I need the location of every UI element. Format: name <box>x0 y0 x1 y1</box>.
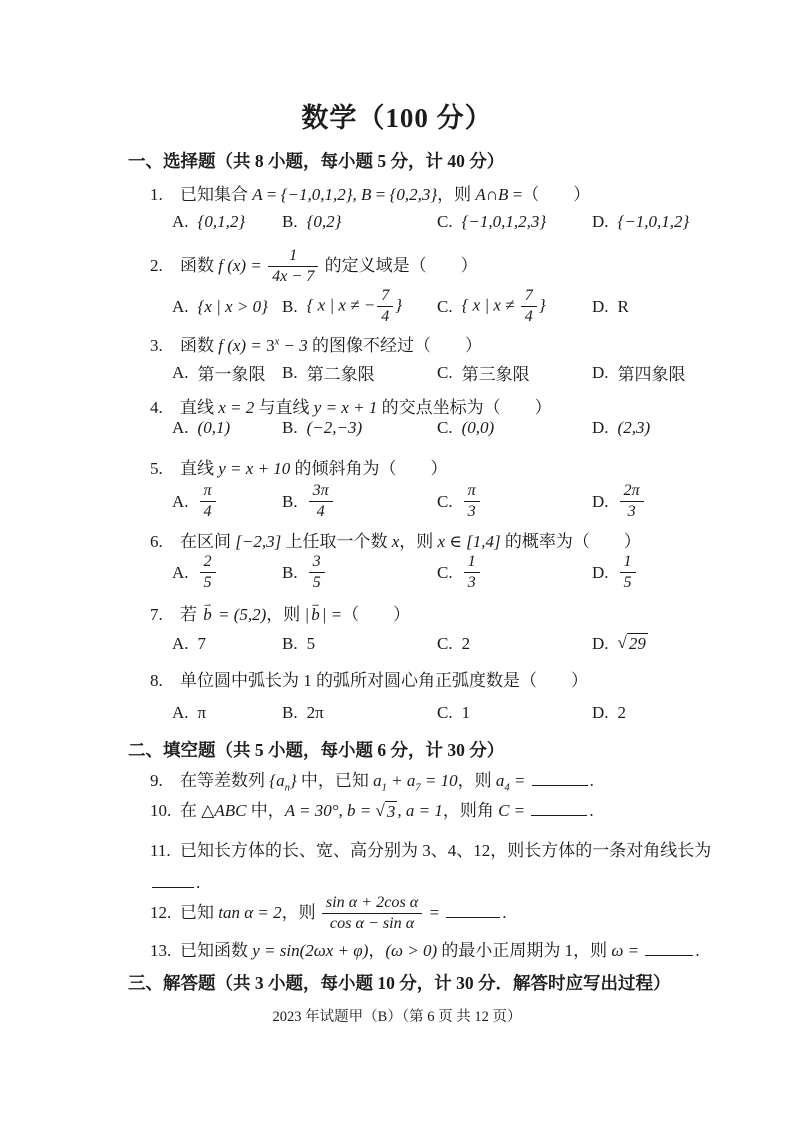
fraction-numerator: 1 <box>268 246 318 267</box>
option-label: C. <box>437 563 453 583</box>
option-C: C.π3 <box>437 481 592 522</box>
option-label: B. <box>282 634 298 654</box>
option-B: B.{0,2} <box>282 212 437 232</box>
option-B: B.(−2,−3) <box>282 418 437 438</box>
option-B: B.35 <box>282 552 437 593</box>
option-content: {−1,0,1,2} <box>618 212 690 232</box>
text-run: 第三象限 <box>462 365 530 384</box>
option-content: { x | x ≠ 74} <box>462 286 546 327</box>
option-C: C.{ x | x ≠ 74} <box>437 286 592 327</box>
options-row: A.第一象限B.第二象限C.第三象限D.第四象限 <box>172 360 754 385</box>
radicand: 3 <box>385 801 398 822</box>
option-D: D.{−1,0,1,2} <box>592 212 754 232</box>
text-run: 上任取一个数 <box>281 532 392 551</box>
text-run: . <box>590 771 594 790</box>
option-label: C. <box>437 363 453 383</box>
option-content: 2π3 <box>618 481 646 522</box>
question-10: 10.在 △ABC 中，A = 30°, b = √3, a = 1，则角 C … <box>150 796 594 822</box>
option-D: D.2π3 <box>592 481 754 522</box>
text-run: 已知 <box>180 903 218 922</box>
math-run: (0,0) <box>462 418 495 437</box>
option-content: 第一象限 <box>198 360 266 385</box>
vector-b: ⇀b <box>201 605 214 625</box>
option-D: D.2 <box>592 703 754 723</box>
text-run: ，则 <box>399 532 437 551</box>
option-content: (−2,−3) <box>307 418 363 438</box>
option-D: D.√29 <box>592 633 754 654</box>
option-label: B. <box>282 703 298 723</box>
question-9: 9.在等差数列 {an} 中，已知 a1 + a7 = 10，则 a4 = . <box>150 766 594 793</box>
question-2: 2.函数 f (x) = 14x − 7 的定义域是（ ） <box>150 246 478 287</box>
option-D: D.R <box>592 297 754 317</box>
text-run: . <box>502 903 506 922</box>
option-content: {0,1,2} <box>198 212 246 232</box>
question-stem: 函数 f (x) = 14x − 7 的定义域是（ ） <box>180 256 478 275</box>
math-run: = <box>510 771 530 790</box>
fraction-numerator: 1 <box>620 552 636 573</box>
exam-title: 数学（100 分） <box>0 96 794 135</box>
question-stem: . <box>150 873 200 892</box>
text-run: ， <box>368 941 385 960</box>
section-heading: 三、解答题（共 3 小题，每小题 10 分，计 30 分．解答时应写出过程） <box>128 970 671 995</box>
option-content: π3 <box>462 481 482 522</box>
fraction-denominator: 5 <box>620 573 636 593</box>
math-run: A <box>252 185 262 204</box>
fraction-denominator: 4 <box>377 307 393 327</box>
fraction: 14x − 7 <box>268 246 318 287</box>
fraction-denominator: 4 <box>309 502 333 522</box>
option-label: B. <box>282 363 298 383</box>
sub-base: a <box>373 771 382 790</box>
option-label: B. <box>282 563 298 583</box>
fraction: π3 <box>464 481 480 522</box>
fraction: 25 <box>200 552 216 593</box>
question-number: 12. <box>150 903 180 923</box>
math-run: {0,2} <box>307 212 342 231</box>
question-continuation: . <box>150 870 200 893</box>
math-run: {x | x > 0} <box>198 297 268 316</box>
question-number: 9. <box>150 771 180 791</box>
text-run: 第二象限 <box>307 365 375 384</box>
math-run: f (x) = <box>218 256 266 275</box>
math-run: y = x + 1 <box>314 398 378 417</box>
text-run: . <box>695 941 699 960</box>
fraction: 13 <box>464 552 480 593</box>
question-3: 3.函数 f (x) = 3x − 3 的图像不经过（ ） <box>150 331 482 356</box>
fraction-numerator: sin α + 2cos α <box>322 893 422 914</box>
vector-b: ⇀b <box>309 605 322 625</box>
question-number: 13. <box>150 941 180 961</box>
text-run: R <box>618 297 629 316</box>
option-label: C. <box>437 212 453 232</box>
option-content: R <box>618 297 629 317</box>
text-run: 中，已知 <box>297 771 374 790</box>
math-run: = 10 <box>421 771 458 790</box>
question-stem: 直线 x = 2 与直线 y = x + 1 的交点坐标为（ ） <box>180 398 552 417</box>
math-run: } <box>395 296 402 315</box>
fraction: 15 <box>620 552 636 593</box>
option-label: D. <box>592 703 609 723</box>
math-run: + <box>387 771 407 790</box>
fraction: sin α + 2cos αcos α − sin α <box>322 893 422 934</box>
option-label: B. <box>282 418 298 438</box>
text-run: 的定义域是（ ） <box>320 256 477 275</box>
text-run: 与直线 <box>254 398 314 417</box>
math-run: x = 2 <box>218 398 254 417</box>
radical: √3 <box>376 801 398 822</box>
option-D: D.(2,3) <box>592 418 754 438</box>
text-run: 直线 <box>180 398 218 417</box>
question-4: 4.直线 x = 2 与直线 y = x + 1 的交点坐标为（ ） <box>150 393 552 418</box>
vector-arrow-icon: ⇀ <box>312 600 319 611</box>
options-row: A.(0,1)B.(−2,−3)C.(0,0)D.(2,3) <box>172 418 754 438</box>
option-content: π <box>198 703 207 723</box>
power: 3x <box>266 336 279 355</box>
option-label: A. <box>172 492 189 512</box>
math-run: y = sin(2ωx + φ) <box>252 941 368 960</box>
math-run: {−1,0,1,2,3} <box>462 212 547 231</box>
question-stem: 在等差数列 {an} 中，已知 a1 + a7 = 10，则 a4 = . <box>180 771 594 790</box>
math-run: (0,1) <box>198 418 231 437</box>
math-run: { x | x ≠ − <box>307 296 376 315</box>
question-stem: 已知集合 A = {−1,0,1,2}, B = {0,2,3}，则 A∩B =… <box>180 185 590 204</box>
question-stem: 已知函数 y = sin(2ωx + φ)，(ω > 0) 的最小正周期为 1，… <box>180 941 700 960</box>
question-number: 11. <box>150 841 180 861</box>
option-content: 13 <box>462 552 482 593</box>
option-D: D.15 <box>592 552 754 593</box>
option-label: C. <box>437 418 453 438</box>
blank-underline <box>532 768 588 786</box>
text-run: 第一象限 <box>198 365 266 384</box>
option-content: 2π <box>307 703 324 723</box>
option-A: A.π <box>172 703 282 723</box>
option-A: A.(0,1) <box>172 418 282 438</box>
radical-sign: √ <box>618 633 627 654</box>
question-stem: 函数 f (x) = 3x − 3 的图像不经过（ ） <box>180 336 482 355</box>
text-run: 5 <box>307 634 316 653</box>
option-content: {x | x > 0} <box>198 297 268 317</box>
question-number: 7. <box>150 605 180 625</box>
power-base: 3 <box>266 336 275 355</box>
option-B: B.5 <box>282 634 437 654</box>
option-B: B.3π4 <box>282 481 437 522</box>
math-run: (ω > 0) <box>385 941 437 960</box>
section-heading: 一、选择题（共 8 小题，每小题 5 分，计 40 分） <box>128 148 504 173</box>
option-content: {0,2} <box>307 212 342 232</box>
question-number: 8. <box>150 671 180 691</box>
radical-sign: √ <box>376 801 385 822</box>
option-content: { x | x ≠ −74} <box>307 286 403 327</box>
question-7: 7.若 ⇀b = (5,2)，则 |⇀b| =（ ） <box>150 600 410 625</box>
math-run: {−1,0,1,2}, B <box>281 185 372 204</box>
option-label: D. <box>592 212 609 232</box>
fraction-denominator: 4x − 7 <box>268 267 318 287</box>
math-run: [−2,3] <box>235 532 281 551</box>
option-content: 第四象限 <box>618 360 686 385</box>
question-number: 3. <box>150 336 180 356</box>
math-run: {−1,0,1,2} <box>618 212 690 231</box>
question-1: 1.已知集合 A = {−1,0,1,2}, B = {0,2,3}，则 A∩B… <box>150 180 590 205</box>
option-content: 25 <box>198 552 218 593</box>
text-run: 单位圆中弧长为 1 的弧所对圆心角正弧度数是（ ） <box>180 671 588 690</box>
math-run: x ∈ [1,4] <box>438 532 501 551</box>
text-run: . <box>196 873 200 892</box>
math-run: y = x + 10 <box>218 459 290 478</box>
fraction-numerator: 7 <box>521 286 537 307</box>
option-label: D. <box>592 563 609 583</box>
exam-page: 数学（100 分） 一、选择题（共 8 小题，每小题 5 分，计 40 分）1.… <box>0 0 794 1123</box>
blank-underline <box>446 899 500 917</box>
option-content: 15 <box>618 552 638 593</box>
math-run: { x | x ≠ <box>462 296 519 315</box>
math-run: {0,2,3} <box>390 185 438 204</box>
text-run: 直线 <box>180 459 218 478</box>
option-label: A. <box>172 418 189 438</box>
question-stem: 若 ⇀b = (5,2)，则 |⇀b| =（ ） <box>180 605 410 624</box>
fraction-numerator: 3π <box>309 481 333 502</box>
question-number: 2. <box>150 256 180 276</box>
option-content: 2 <box>462 634 471 654</box>
question-number: 6. <box>150 532 180 552</box>
option-content: 第二象限 <box>307 360 375 385</box>
option-label: A. <box>172 297 189 317</box>
fraction-denominator: 5 <box>309 573 325 593</box>
math-run: (2,3) <box>618 418 651 437</box>
fraction: 35 <box>309 552 325 593</box>
option-label: C. <box>437 703 453 723</box>
math-run: A = 30°, b = <box>285 801 376 820</box>
math-run: A∩B <box>475 185 508 204</box>
question-8: 8.单位圆中弧长为 1 的弧所对圆心角正弧度数是（ ） <box>150 666 588 691</box>
question-stem: 直线 y = x + 10 的倾斜角为（ ） <box>180 459 448 478</box>
option-A: A.{x | x > 0} <box>172 297 282 317</box>
option-label: C. <box>437 492 453 512</box>
page-footer: 2023 年试题甲（B）（第 6 页 共 12 页） <box>0 1005 794 1026</box>
math-run: {0,1,2} <box>198 212 246 231</box>
text-run: 的概率为（ ） <box>501 532 641 551</box>
option-label: C. <box>437 634 453 654</box>
math-run: f (x) = <box>218 336 266 355</box>
fraction-denominator: 4 <box>521 307 537 327</box>
math-run: | = <box>322 605 342 624</box>
text-run: 的最小正周期为 1，则 <box>437 941 611 960</box>
text-run: 已知函数 <box>180 941 252 960</box>
math-run: − 3 <box>279 336 307 355</box>
text-run: ，则 <box>266 605 304 624</box>
fraction: π4 <box>200 481 216 522</box>
option-label: D. <box>592 297 609 317</box>
option-content: (2,3) <box>618 418 651 438</box>
option-label: C. <box>437 297 453 317</box>
options-row: A.π4B.3π4C.π3D.2π3 <box>172 481 754 522</box>
text-run: ，则 <box>282 903 320 922</box>
option-content: 35 <box>307 552 327 593</box>
fraction-numerator: 3 <box>309 552 325 573</box>
text-run: 的图像不经过（ ） <box>308 336 482 355</box>
option-A: A.7 <box>172 634 282 654</box>
options-row: A.25B.35C.13D.15 <box>172 552 754 593</box>
text-run: 已知集合 <box>180 185 252 204</box>
text-run: 2π <box>307 703 324 722</box>
fraction: 3π4 <box>309 481 333 522</box>
fraction-numerator: 7 <box>377 286 393 307</box>
option-content: 2 <box>618 703 627 723</box>
option-B: B.2π <box>282 703 437 723</box>
radical: √29 <box>618 633 648 654</box>
text-run: 2 <box>462 634 471 653</box>
question-stem: 在 △ABC 中，A = 30°, b = √3, a = 1，则角 C = . <box>180 801 594 820</box>
question-stem: 已知 tan α = 2，则 sin α + 2cos αcos α − sin… <box>180 903 507 922</box>
option-label: A. <box>172 363 189 383</box>
math-run: = <box>424 903 444 922</box>
question-stem: 单位圆中弧长为 1 的弧所对圆心角正弧度数是（ ） <box>180 671 588 690</box>
math-run: C = <box>498 801 529 820</box>
blank-underline <box>531 798 587 816</box>
fraction-denominator: 3 <box>464 573 480 593</box>
fraction-denominator: cos α − sin α <box>322 914 422 934</box>
question-12: 12.已知 tan α = 2，则 sin α + 2cos αcos α − … <box>150 893 507 934</box>
subscripted-term: a4 <box>496 771 510 790</box>
fraction-numerator: π <box>464 481 480 502</box>
options-row: A.{0,1,2}B.{0,2}C.{−1,0,1,2,3}D.{−1,0,1,… <box>172 212 754 232</box>
option-label: B. <box>282 297 298 317</box>
subscripted-term: a1 <box>373 771 387 790</box>
option-D: D.第四象限 <box>592 360 754 385</box>
option-label: A. <box>172 703 189 723</box>
option-content: 1 <box>462 703 471 723</box>
option-label: A. <box>172 563 189 583</box>
option-B: B.{ x | x ≠ −74} <box>282 286 437 327</box>
text-run: 第四象限 <box>618 365 686 384</box>
text-run: 1 <box>462 703 471 722</box>
options-row: A.{x | x > 0}B.{ x | x ≠ −74}C.{ x | x ≠… <box>172 286 754 327</box>
option-C: C.13 <box>437 552 592 593</box>
text-run: 函数 <box>180 336 218 355</box>
text-run: ，则角 <box>443 801 498 820</box>
question-11: 11.已知长方体的长、宽、高分别为 3、4、12，则长方体的一条对角线长为 <box>150 836 711 861</box>
option-content: 第三象限 <box>462 360 530 385</box>
text-run: 2 <box>618 703 627 722</box>
math-run: (−2,−3) <box>307 418 363 437</box>
question-6: 6.在区间 [−2,3] 上任取一个数 x，则 x ∈ [1,4] 的概率为（ … <box>150 527 641 552</box>
blank-underline <box>152 870 194 888</box>
fraction: 2π3 <box>620 481 644 522</box>
text-run: 的倾斜角为（ ） <box>290 459 447 478</box>
option-content: 3π4 <box>307 481 335 522</box>
fraction-numerator: 1 <box>464 552 480 573</box>
option-label: B. <box>282 212 298 232</box>
fraction-denominator: 3 <box>620 502 644 522</box>
option-label: B. <box>282 492 298 512</box>
option-B: B.第二象限 <box>282 360 437 385</box>
question-stem: 已知长方体的长、宽、高分别为 3、4、12，则长方体的一条对角线长为 <box>180 841 711 860</box>
math-run: tan α = 2 <box>218 903 281 922</box>
vector-arrow-icon: ⇀ <box>204 600 211 611</box>
fraction: 74 <box>377 286 393 327</box>
text-run: 若 <box>180 605 201 624</box>
math-run: = (5,2) <box>214 605 267 624</box>
question-stem: 在区间 [−2,3] 上任取一个数 x，则 x ∈ [1,4] 的概率为（ ） <box>180 532 641 551</box>
fraction-numerator: π <box>200 481 216 502</box>
option-C: C.(0,0) <box>437 418 592 438</box>
option-content: 5 <box>307 634 316 654</box>
math-run: } <box>290 771 297 790</box>
math-run: } <box>539 296 546 315</box>
section-heading: 二、填空题（共 5 小题，每小题 6 分，计 30 分） <box>128 737 504 762</box>
radicand: 29 <box>627 633 648 654</box>
option-C: C.2 <box>437 634 592 654</box>
text-run: 的交点坐标为（ ） <box>377 398 551 417</box>
math-run: , a = 1 <box>397 801 442 820</box>
math-run: △ABC <box>201 801 246 820</box>
sub-base: a <box>276 771 285 790</box>
options-row: A.7B.5C.2D.√29 <box>172 633 754 654</box>
fraction-numerator: 2π <box>620 481 644 502</box>
fraction-denominator: 3 <box>464 502 480 522</box>
fraction-denominator: 5 <box>200 573 216 593</box>
option-label: D. <box>592 363 609 383</box>
option-content: {−1,0,1,2,3} <box>462 212 547 232</box>
option-C: C.第三象限 <box>437 360 592 385</box>
question-number: 4. <box>150 398 180 418</box>
option-A: A.π4 <box>172 481 282 522</box>
option-content: (0,0) <box>462 418 495 438</box>
option-A: A.第一象限 <box>172 360 282 385</box>
question-13: 13.已知函数 y = sin(2ωx + φ)，(ω > 0) 的最小正周期为… <box>150 936 700 961</box>
text-run: = <box>263 185 281 204</box>
text-run: 在 <box>180 801 201 820</box>
text-run: （ ） <box>342 605 410 624</box>
text-run: 在等差数列 <box>180 771 269 790</box>
options-row: A.πB.2πC.1D.2 <box>172 703 754 723</box>
math-run: ω = <box>611 941 643 960</box>
option-content: 7 <box>198 634 207 654</box>
option-content: √29 <box>618 633 648 654</box>
option-label: D. <box>592 492 609 512</box>
text-run: = <box>371 185 389 204</box>
question-number: 1. <box>150 185 180 205</box>
text-run: =（ ） <box>508 185 590 204</box>
text-run: 在区间 <box>180 532 235 551</box>
text-run: 中， <box>246 801 284 820</box>
text-run: 函数 <box>180 256 218 275</box>
option-A: A.25 <box>172 552 282 593</box>
question-number: 10. <box>150 801 180 821</box>
subscripted-term: an <box>276 771 290 790</box>
option-label: A. <box>172 212 189 232</box>
text-run: 已知长方体的长、宽、高分别为 3、4、12，则长方体的一条对角线长为 <box>180 841 711 860</box>
option-content: π4 <box>198 481 218 522</box>
text-run: ，则 <box>437 185 475 204</box>
option-label: D. <box>592 418 609 438</box>
text-run: ，则 <box>458 771 496 790</box>
question-5: 5.直线 y = x + 10 的倾斜角为（ ） <box>150 454 448 479</box>
option-label: A. <box>172 634 189 654</box>
fraction-numerator: 2 <box>200 552 216 573</box>
fraction: 74 <box>521 286 537 327</box>
option-label: D. <box>592 634 609 654</box>
text-run: . <box>589 801 593 820</box>
option-C: C.1 <box>437 703 592 723</box>
blank-underline <box>645 938 693 956</box>
fraction-denominator: 4 <box>200 502 216 522</box>
option-C: C.{−1,0,1,2,3} <box>437 212 592 232</box>
text-run: π <box>198 703 207 722</box>
subscripted-term: a7 <box>407 771 421 790</box>
text-run: 7 <box>198 634 207 653</box>
option-A: A.{0,1,2} <box>172 212 282 232</box>
question-number: 5. <box>150 459 180 479</box>
